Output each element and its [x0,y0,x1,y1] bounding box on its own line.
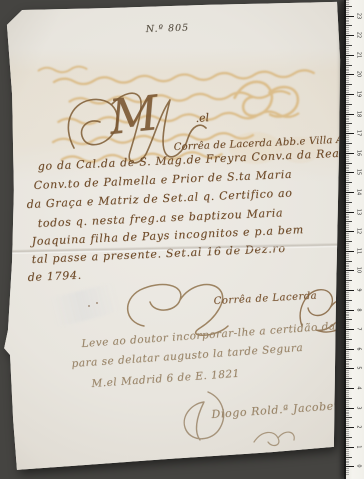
ruler-tick-mm [346,184,349,185]
ruler-tick-cm [346,55,354,56]
ruler-tick-mm [346,419,349,420]
ruler-tick-cm [346,427,354,428]
ruler-tick-mm [346,274,349,275]
ruler-tick-cm [346,212,354,213]
ruler-tick-mm [346,217,349,218]
ruler-tick-mm [346,141,349,142]
ruler-tick-mm [346,292,349,293]
ruler-tick-mm [346,33,349,34]
ruler-tick-mm [346,161,349,162]
ruler-tick-mm [346,206,349,207]
ruler-tick-mm [346,157,349,158]
ruler-tick-half [346,261,352,262]
ruler-tick-cm [346,172,354,173]
ruler-tick-mm [346,284,349,285]
ruler-tick-mm [346,288,349,289]
ruler-cm-label: 0 [356,462,362,471]
ruler-cm-label: 8 [356,305,362,314]
ruler-cm-label: 4 [356,384,362,393]
ruler-cm-label: 18 [356,109,362,118]
ruler-tick-mm [346,27,349,28]
ruler-tick-mm [346,4,349,5]
ruler-tick-mm [346,31,349,32]
ruler-tick-mm [346,461,349,462]
ruler-tick-mm [346,63,349,64]
ruler-cm-label: 21 [356,50,362,59]
ruler-tick-half [346,300,352,301]
ruler-tick-mm [346,247,349,248]
ruler-tick-cm [346,94,354,95]
ruler-tick-mm [346,384,349,385]
ruler-tick-mm [346,325,349,326]
ruler-tick-mm [346,37,349,38]
ruler-tick-mm [346,351,349,352]
ruler-tick-mm [346,167,349,168]
ruler-cm-label: 7 [356,325,362,334]
ruler-tick-mm [346,53,349,54]
ruler-tick-mm [346,257,349,258]
ruler-tick-mm [346,118,349,119]
ruler-tick-mm [346,439,349,440]
opening-superscript: .el [195,111,209,125]
ruler-tick-cm [346,368,354,369]
ruler-tick-mm [346,198,349,199]
ruler-tick-mm [346,308,349,309]
ruler-tick-mm [346,259,349,260]
ruler-tick-mm [346,186,349,187]
ruler-tick-mm [346,20,349,21]
ruler-tick-mm [346,370,349,371]
ruler-tick-mm [346,425,349,426]
ruler-tick-mm [346,314,349,315]
ruler-tick-half [346,143,352,144]
ruler-tick-mm [346,445,349,446]
manuscript-page: N.º 805 M .el Corrêa de Lacerda Abb.e Vi… [0,0,346,479]
ruler-tick-mm [346,374,349,375]
ruler-tick-mm [346,355,349,356]
ruler-tick-mm [346,266,349,267]
ruler-tick-mm [346,80,349,81]
ruler-tick-mm [346,2,349,3]
ruler-tick-mm [346,392,349,393]
ruler-tick-mm [346,298,349,299]
manuscript-line: de 1794. [27,269,82,284]
ruler-tick-cm [346,290,354,291]
ruler-tick-mm [346,302,349,303]
ruler-tick-mm [346,315,349,316]
ruler-tick-mm [346,333,349,334]
ruler-tick-mm [346,472,349,473]
ruler-tick-mm [346,155,349,156]
ruler-tick-mm [346,147,349,148]
ruler-tick-mm [346,249,349,250]
ruler-tick-mm [346,176,349,177]
ruler-tick-mm [346,337,349,338]
scan-viewport: N.º 805 M .el Corrêa de Lacerda Abb.e Vi… [0,0,364,479]
ruler-tick-mm [346,0,349,1]
ruler-tick-mm [346,21,349,22]
ruler-cm-label: 16 [356,148,362,157]
ruler-tick-mm [346,402,349,403]
ruler-tick-half [346,104,352,105]
ruler-tick-half [346,25,352,26]
ruler: 23222120191817161514131211109876543210 [344,0,364,479]
ruler-tick-mm [346,174,349,175]
ruler-tick-half [346,319,352,320]
ruler-tick-mm [346,312,349,313]
ruler-tick-mm [346,149,349,150]
ruler-tick-mm [346,8,349,9]
ruler-tick-half [346,378,352,379]
ruler-tick-mm [346,227,349,228]
ruler-tick-mm [346,468,349,469]
ruler-tick-cm [346,231,354,232]
ruler-tick-mm [346,364,349,365]
ruler-tick-mm [346,168,349,169]
ruler-tick-mm [346,453,349,454]
ruler-tick-mm [346,412,349,413]
ruler-tick-half [346,280,352,281]
ruler-tick-mm [346,110,349,111]
ruler-cm-label: 3 [356,403,362,412]
ruler-tick-mm [346,41,349,42]
ruler-tick-cm [346,329,354,330]
ruler-tick-mm [346,14,349,15]
ruler-tick-mm [346,415,349,416]
ruler-tick-half [346,339,352,340]
ruler-tick-mm [346,69,349,70]
ruler-tick-mm [346,125,349,126]
ruler-cm-label: 10 [356,266,362,275]
ruler-tick-mm [346,159,349,160]
ruler-tick-mm [346,178,349,179]
ruler-tick-mm [346,59,349,60]
ruler-tick-mm [346,347,349,348]
ruler-cm-label: 5 [356,364,362,373]
ruler-tick-mm [346,294,349,295]
ruler-tick-mm [346,335,349,336]
document-number: N.º 805 [146,22,190,35]
ruler-tick-mm [346,272,349,273]
ruler-tick-mm [346,366,349,367]
ruler-tick-mm [346,137,349,138]
ruler-tick-mm [346,18,349,19]
ruler-tick-mm [346,204,349,205]
ruler-tick-cm [346,153,354,154]
ruler-tick-mm [346,341,349,342]
ruler-tick-half [346,65,352,66]
ruler-tick-mm [346,70,349,71]
ruler-tick-half [346,359,352,360]
ruler-tick-mm [346,449,349,450]
ruler-cm-label: 13 [356,207,362,216]
ruler-tick-mm [346,47,349,48]
ruler-tick-mm [346,219,349,220]
ruler-tick-mm [346,216,349,217]
ruler-tick-mm [346,92,349,93]
ruler-cm-label: 22 [356,31,362,40]
ruler-tick-mm [346,263,349,264]
ruler-tick-mm [346,243,349,244]
ruler-tick-mm [346,239,349,240]
ruler-tick-mm [346,131,349,132]
ruler-tick-half [346,221,352,222]
ruler-tick-mm [346,98,349,99]
ruler-tick-mm [346,255,349,256]
ruler-tick-mm [346,451,349,452]
ruler-tick-mm [346,214,349,215]
ruler-tick-cm [346,310,354,311]
ruler-tick-mm [346,394,349,395]
ruler-tick-mm [346,343,349,344]
ruler-tick-mm [346,90,349,91]
ruler-tick-mm [346,121,349,122]
ruler-tick-mm [346,296,349,297]
ruler-tick-half [346,45,352,46]
ruler-tick-mm [346,390,349,391]
ruler-tick-mm [346,443,349,444]
ruler-tick-half [346,123,352,124]
ruler-tick-mm [346,278,349,279]
ruler-tick-mm [346,253,349,254]
ruler-tick-mm [346,88,349,89]
ruler-tick-cm [346,35,354,36]
ruler-tick-mm [346,276,349,277]
ruler-tick-mm [346,396,349,397]
ruler-tick-mm [346,208,349,209]
ruler-tick-mm [346,406,349,407]
ruler-tick-mm [346,317,349,318]
ruler-tick-cm [346,16,354,17]
ruler-tick-mm [346,455,349,456]
ruler-tick-mm [346,51,349,52]
ruler-tick-mm [346,12,349,13]
ruler-tick-mm [346,23,349,24]
ruler-tick-mm [346,82,349,83]
ruler-tick-half [346,84,352,85]
ruler-tick-half [346,202,352,203]
ruler-cm-label: 20 [356,70,362,79]
paper-sheet: N.º 805 M .el Corrêa de Lacerda Abb.e Vi… [0,0,346,479]
ruler-cm-label: 17 [356,129,362,138]
ruler-tick-mm [346,10,349,11]
ruler-tick-mm [346,116,349,117]
ruler-tick-mm [346,108,349,109]
ruler-tick-mm [346,127,349,128]
ruler-tick-cm [346,133,354,134]
ruler-cm-label: 14 [356,188,362,197]
ruler-tick-mm [346,29,349,30]
ruler-tick-mm [346,331,349,332]
ruler-tick-half [346,241,352,242]
ruler-tick-half [346,437,352,438]
ruler-tick-mm [346,380,349,381]
ruler-tick-mm [346,323,349,324]
ruler-tick-mm [346,100,349,101]
ruler-tick-mm [346,67,349,68]
ruler-tick-half [346,6,352,7]
ruler-tick-mm [346,304,349,305]
ruler-tick-cm [346,447,354,448]
ruler-tick-mm [346,429,349,430]
ruler-cm-label: 6 [356,344,362,353]
ruler-tick-mm [346,180,349,181]
ruler-tick-mm [346,470,349,471]
ruler-tick-mm [346,421,349,422]
ruler-tick-mm [346,410,349,411]
ruler-tick-mm [346,188,349,189]
ruler-tick-mm [346,327,349,328]
ruler-tick-cm [346,408,354,409]
ruler-tick-mm [346,376,349,377]
ruler-tick-mm [346,112,349,113]
opening-initial: M [107,89,161,142]
ruler-tick-mm [346,106,349,107]
ruler-tick-half [346,163,352,164]
ruler-tick-mm [346,200,349,201]
ruler-tick-mm [346,268,349,269]
ruler-tick-cm [346,251,354,252]
ruler-tick-mm [346,86,349,87]
ruler-tick-cm [346,466,354,467]
ruler-cm-label: 12 [356,227,362,236]
ruler-tick-mm [346,139,349,140]
ruler-tick-mm [346,39,349,40]
ruler-tick-mm [346,265,349,266]
ruler-tick-mm [346,286,349,287]
ruler-tick-mm [346,135,349,136]
ruler-tick-mm [346,190,349,191]
ruler-tick-cm [346,388,354,389]
ruler-tick-mm [346,237,349,238]
ruler-tick-mm [346,170,349,171]
ruler-tick-mm [346,357,349,358]
ruler-tick-mm [346,474,349,475]
ruler-cm-label: 2 [356,423,362,432]
ruler-tick-mm [346,361,349,362]
ruler-tick-mm [346,233,349,234]
ruler-tick-mm [346,386,349,387]
ruler-tick-mm [346,306,349,307]
ruler-cm-label: 11 [356,246,362,255]
ruler-tick-mm [346,433,349,434]
ruler-tick-mm [346,372,349,373]
ruler-tick-mm [346,282,349,283]
ruler-tick-mm [346,129,349,130]
ruler-tick-cm [346,114,354,115]
ruler-tick-mm [346,459,349,460]
ruler-tick-mm [346,464,349,465]
ruler-tick-mm [346,119,349,120]
ruler-tick-mm [346,72,349,73]
ruler-tick-mm [346,404,349,405]
ruler-tick-mm [346,441,349,442]
ruler-cm-label: 23 [356,11,362,20]
ruler-tick-mm [346,431,349,432]
ruler-cm-label: 19 [356,90,362,99]
ruler-tick-mm [346,413,349,414]
ruler-tick-half [346,457,352,458]
ruler-tick-mm [346,462,349,463]
ruler-tick-half [346,417,352,418]
ruler-cm-label: 15 [356,168,362,177]
ruler-tick-mm [346,223,349,224]
ruler-tick-mm [346,353,349,354]
ruler-tick-half [346,398,352,399]
ruler-tick-mm [346,49,349,50]
ruler-cm-label: 1 [356,442,362,451]
ruler-tick-mm [346,43,349,44]
ruler-tick-mm [346,210,349,211]
ruler-tick-mm [346,102,349,103]
ruler-tick-mm [346,435,349,436]
ruler-tick-cm [346,349,354,350]
signature-bottom-rubric [248,426,298,448]
ruler-tick-mm [346,78,349,79]
ruler-tick-mm [346,225,349,226]
ruler-tick-mm [346,57,349,58]
ruler-tick-mm [346,423,349,424]
ruler-tick-mm [346,400,349,401]
ruler-tick-mm [346,61,349,62]
ruler-tick-cm [346,270,354,271]
ruler-tick-cm [346,192,354,193]
ruler-tick-mm [346,96,349,97]
ruler-tick-mm [346,229,349,230]
ruler-tick-mm [346,363,349,364]
ruler-tick-mm [346,245,349,246]
ruler-tick-half [346,182,352,183]
ruler-tick-mm [346,194,349,195]
ruler-tick-mm [346,196,349,197]
ruler-tick-cm [346,74,354,75]
ruler-tick-mm [346,382,349,383]
ruler-tick-mm [346,151,349,152]
ruler-tick-mm [346,165,349,166]
ruler-tick-mm [346,321,349,322]
ruler-tick-mm [346,235,349,236]
ruler-tick-mm [346,145,349,146]
ruler-tick-mm [346,345,349,346]
ruler-tick-mm [346,76,349,77]
ruler-cm-label: 9 [356,286,362,295]
